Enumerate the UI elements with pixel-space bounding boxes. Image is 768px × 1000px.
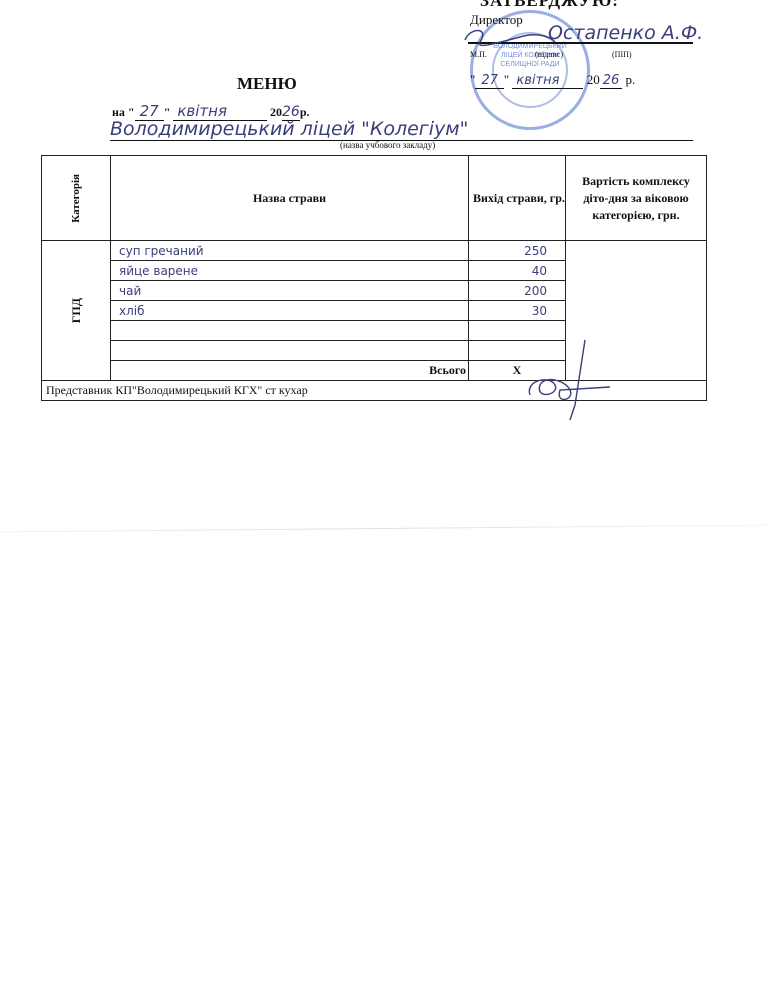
director-name: Остапенко А.Ф. (548, 22, 703, 44)
director-signature (460, 22, 560, 52)
dish-output: 30 (469, 301, 566, 321)
category-cell: ГПД (42, 241, 111, 381)
dish-name (111, 321, 469, 341)
approval-month: квітня (512, 73, 583, 89)
dish-name: хліб (111, 301, 469, 321)
cook-signature (515, 335, 625, 425)
dish-output: 250 (469, 241, 566, 261)
approval-year-prefix: 20 (587, 72, 600, 87)
approval-date: "27" квітня 2026 р. (470, 72, 635, 88)
table-row: ГПД суп гречаний 250 (42, 241, 707, 261)
table-header-row: Категорія Назва страви Вихід страви, гр.… (42, 156, 707, 241)
dish-name (111, 341, 469, 361)
total-label: Всього (111, 361, 469, 381)
header-cost: Вартість комплексу діто-дня за віковою к… (566, 156, 707, 241)
approval-year-label: р. (626, 72, 636, 87)
school-name: Володимирецький ліцей "Колегіум" (110, 118, 693, 141)
header-category: Категорія (42, 156, 111, 241)
menu-year-prefix: 20 (270, 105, 282, 119)
dish-name: суп гречаний (111, 241, 469, 261)
menu-title: МЕНЮ (237, 74, 297, 94)
school-caption: (назва учбового закладу) (340, 140, 435, 150)
scan-fold-line (0, 525, 768, 533)
dish-output: 200 (469, 281, 566, 301)
dish-name: яйце варене (111, 261, 469, 281)
approval-title: ЗАТВЕРДЖУЮ: (480, 0, 619, 11)
name-caption: (ПІП) (612, 50, 632, 59)
header-dish-name: Назва страви (111, 156, 469, 241)
approval-year-suffix: 26 (600, 73, 623, 89)
dish-output: 40 (469, 261, 566, 281)
menu-date-prefix: на (112, 105, 125, 119)
header-output: Вихід страви, гр. (469, 156, 566, 241)
menu-year-label: р. (300, 105, 310, 119)
approval-day: 27 (475, 73, 504, 89)
dish-name: чай (111, 281, 469, 301)
